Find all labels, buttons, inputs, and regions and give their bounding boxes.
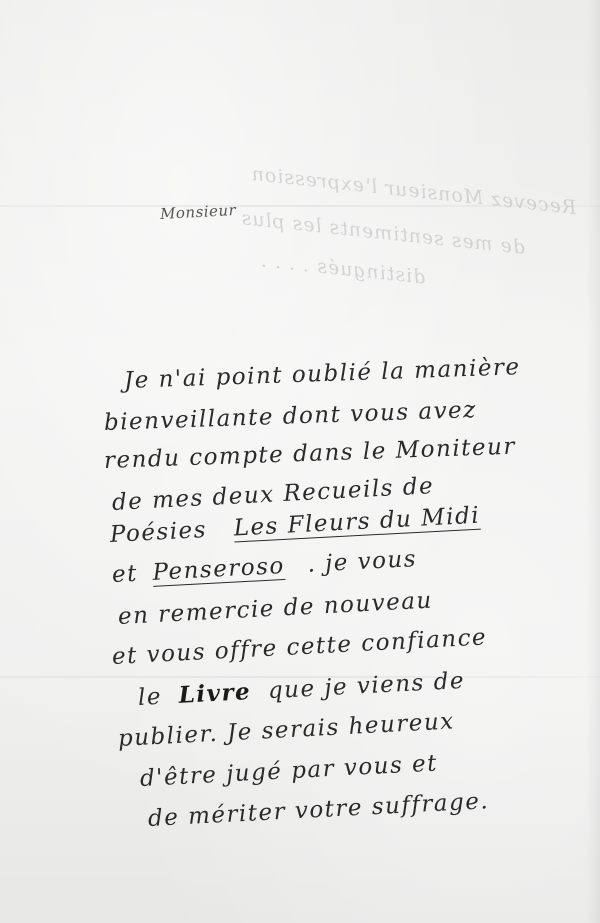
bleed-through-text: Recevez Monsieur l'expression (250, 163, 578, 219)
letter-line-1: Je n'ai point oublié la manière (124, 354, 521, 394)
paper-edge-shadow (586, 0, 600, 923)
letter-line-9: le Livre que je viens de (137, 667, 465, 711)
letter-line-2: bienveillante dont vous avez (104, 397, 478, 436)
line-continuation: . je vous (307, 546, 418, 578)
word-poesies: Poésies (109, 517, 207, 548)
letter-line-6: et Penseroso . je vous (111, 546, 417, 588)
word-livre: Livre (178, 678, 252, 709)
letter-line-10: publier. Je serais heureux (117, 708, 455, 752)
letter-page: Recevez Monsieur l'expression de mes sen… (0, 0, 600, 923)
letter-line-8: et vous offre cette confiance (111, 624, 487, 670)
book-title-fleurs-du-midi: Les Fleurs du Midi (233, 503, 481, 542)
letter-line-12: de mériter votre suffrage. (147, 788, 489, 832)
bleed-through-text: distingués . . . . (259, 249, 426, 288)
line-continuation: que je viens de (267, 668, 465, 704)
letter-line-7: en remercie de nouveau (117, 588, 433, 630)
word-le: le (137, 684, 162, 711)
letter-line-11: d'être jugé par vous et (139, 750, 438, 792)
salutation: Monsieur (160, 201, 237, 223)
word-et: et (111, 561, 138, 588)
book-title-penseroso: Penseroso (152, 553, 285, 586)
letter-line-3: rendu compte dans le Moniteur (104, 434, 517, 474)
